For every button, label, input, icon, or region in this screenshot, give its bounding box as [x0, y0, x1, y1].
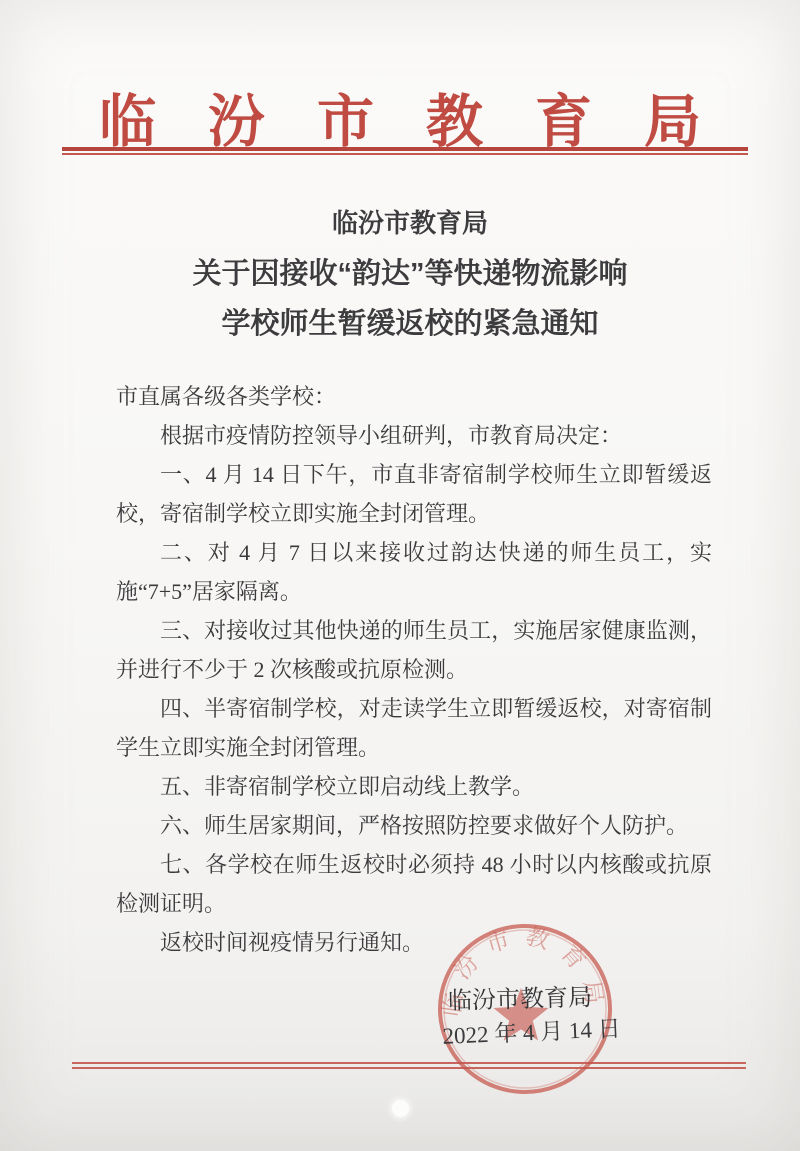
salutation: 市直属各级各类学校：: [116, 377, 712, 416]
document-body: 市直属各级各类学校： 根据市疫情防控领导小组研判，市教育局决定： 一、4 月 1…: [116, 377, 712, 962]
footer-double-rule: [72, 1062, 746, 1069]
body-paragraph-item-4: 四、半寄宿制学校，对走读学生立即暂缓返校，对寄宿制学生立即实施全封闭管理。: [116, 689, 712, 767]
letterhead-agency-name: 临汾市教育局: [0, 76, 800, 158]
letterhead-double-rule: [62, 147, 748, 155]
body-paragraph-item-6: 六、师生居家期间，严格按照防控要求做好个人防护。: [116, 806, 712, 845]
scanned-official-document: 临汾市教育局 临汾市教育局 关于因接收“韵达”等快递物流影响 学校师生暂缓返校的…: [0, 0, 800, 1151]
body-paragraph-item-3: 三、对接收过其他快递的师生员工，实施居家健康监测，并进行不少于 2 次核酸或抗原…: [116, 611, 712, 689]
doc-title-agency: 临汾市教育局: [20, 203, 800, 240]
signature-agency: 临汾市教育局: [430, 977, 611, 1017]
doc-title-subject-line2: 学校师生暂缓返校的紧急通知: [20, 301, 800, 342]
body-paragraph-closing: 返校时间视疫情另行通知。: [116, 923, 712, 962]
body-paragraph-item-2: 二、对 4 月 7 日以来接收过韵达快递的师生员工，实施“7+5”居家隔离。: [116, 533, 712, 611]
doc-title-subject-line1: 关于因接收“韵达”等快递物流影响: [20, 251, 800, 292]
body-paragraph-item-5: 五、非寄宿制学校立即启动线上教学。: [116, 767, 712, 806]
body-paragraph-item-1: 一、4 月 14 日下午，市直非寄宿制学校师生立即暂缓返校，寄宿制学校立即实施全…: [116, 455, 712, 533]
body-paragraph-item-7: 七、各学校在师生返校时必须持 48 小时以内核酸或抗原检测证明。: [116, 845, 712, 923]
white-dot-artifact: [392, 1100, 409, 1117]
body-paragraph: 根据市疫情防控领导小组研判，市教育局决定：: [116, 416, 712, 455]
